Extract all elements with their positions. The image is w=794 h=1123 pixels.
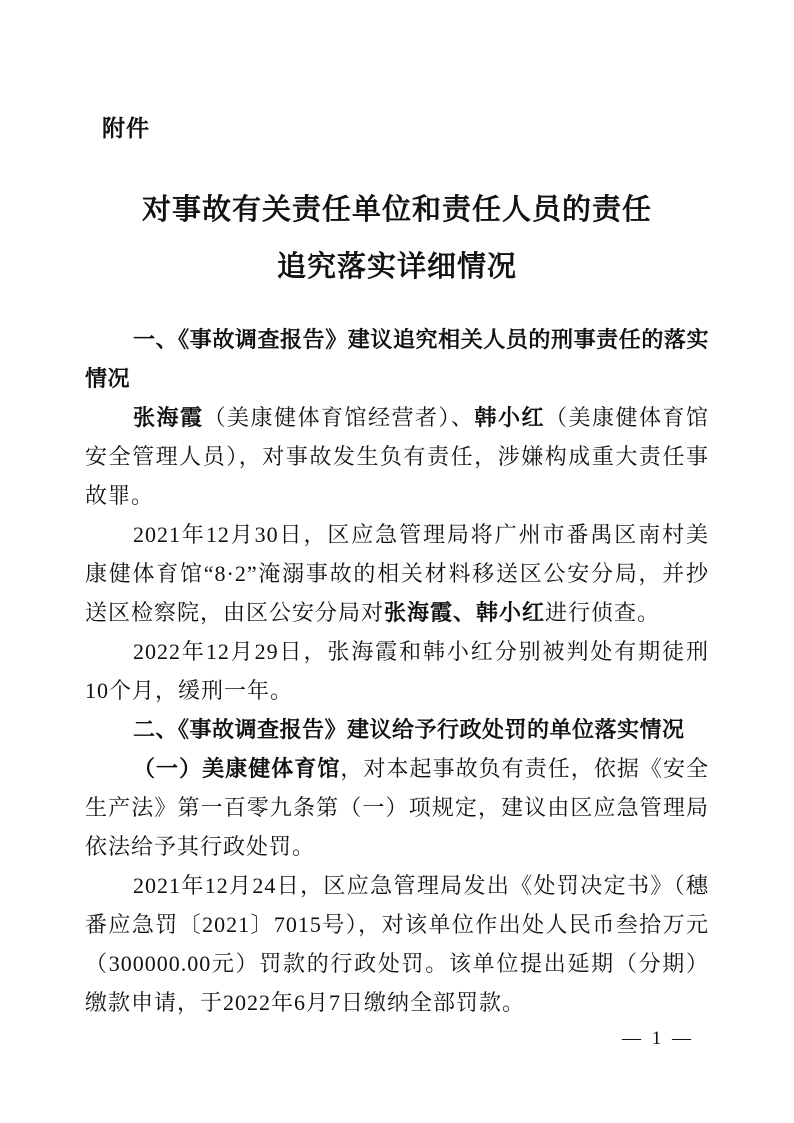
text-segment: 进行侦查。 <box>545 600 660 625</box>
emphasis-text: 二、《事故调查报告》建议给予行政处罚的单位落实情况 <box>133 717 685 742</box>
page-number: — 1 — <box>622 1028 694 1050</box>
text-segment: 2022年12月29日，张海霞和韩小红分别被判处有期徒刑10个月，缓刑一年。 <box>85 639 709 703</box>
document-title-line-2: 追究落实详细情况 <box>0 239 794 296</box>
document-title-line-1: 对事故有关责任单位和责任人员的责任 <box>0 182 794 239</box>
body-paragraph: 2021年12月24日，区应急管理局发出《处罚决定书》（穗番应急罚〔2021〕7… <box>85 866 709 1022</box>
section-heading: 二、《事故调查报告》建议给予行政处罚的单位落实情况 <box>85 710 709 749</box>
text-segment: 2021年12月24日，区应急管理局发出《处罚决定书》（穗番应急罚〔2021〕7… <box>85 873 709 1015</box>
body-paragraph: 2021年12月30日，区应急管理局将广州市番禺区南村美康健体育馆“8·2”淹溺… <box>85 515 709 632</box>
emphasis-text: 韩小红 <box>474 405 545 430</box>
document-title: 对事故有关责任单位和责任人员的责任 追究落实详细情况 <box>0 182 794 296</box>
emphasis-text: 张海霞、韩小红 <box>384 600 545 625</box>
body-paragraph: 张海霞（美康健体育馆经营者）、韩小红（美康健体育馆安全管理人员），对事故发生负有… <box>85 398 709 515</box>
document-page: 附件 对事故有关责任单位和责任人员的责任 追究落实详细情况 一、《事故调查报告》… <box>0 0 794 1123</box>
attachment-label: 附件 <box>102 110 150 143</box>
emphasis-text: （一）美康健体育馆 <box>133 756 340 781</box>
body-paragraph: 2022年12月29日，张海霞和韩小红分别被判处有期徒刑10个月，缓刑一年。 <box>85 632 709 710</box>
section-heading: 一、《事故调查报告》建议追究相关人员的刑事责任的落实情况 <box>85 320 709 398</box>
body-paragraph: （一）美康健体育馆，对本起事故负有责任，依据《安全生产法》第一百零九条第（一）项… <box>85 749 709 866</box>
text-segment: （美康健体育馆经营者）、 <box>204 405 475 430</box>
document-body: 一、《事故调查报告》建议追究相关人员的刑事责任的落实情况张海霞（美康健体育馆经营… <box>85 320 709 1022</box>
emphasis-text: 张海霞 <box>133 405 204 430</box>
emphasis-text: 一、《事故调查报告》建议追究相关人员的刑事责任的落实情况 <box>85 327 709 391</box>
